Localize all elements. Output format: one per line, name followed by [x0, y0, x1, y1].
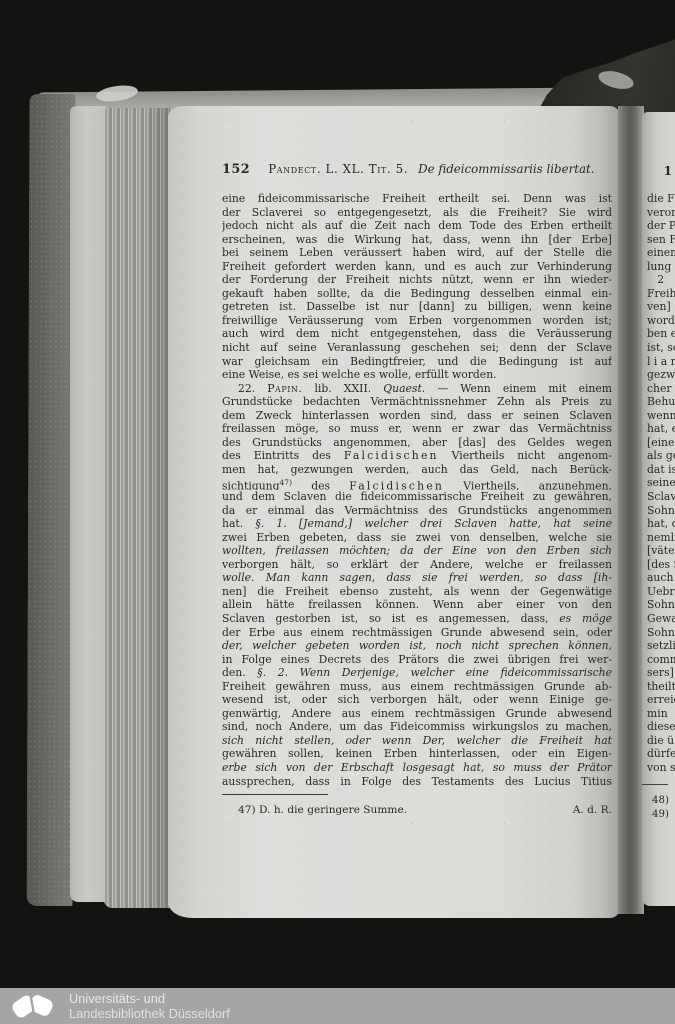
text-line: sichtigung47) des Falcidischen Viertheil…	[222, 476, 612, 490]
text-line-fragment: comm	[647, 653, 675, 667]
running-header: 152Pandect. L. XL. Tit. 5.De fideicommis…	[222, 162, 612, 178]
text-line-fragment: diese	[647, 720, 675, 734]
footnote-text: 47) D. h. die geringere Summe.	[222, 804, 407, 819]
text-line: Freiheit gefordert werden kann, und es a…	[222, 260, 612, 274]
text-line: wesend ist, oder sich verborgen hält, od…	[222, 693, 612, 707]
page-body-text: eine fideicommissarische Freiheit erthei…	[222, 192, 612, 788]
text-line: nicht auf seine Veranlassung geschehen s…	[222, 341, 612, 355]
text-line: wollten, freilassen möchten; da der Eine…	[222, 544, 612, 558]
text-line: nen] die Freiheit ebenso zusteht, als we…	[222, 585, 612, 599]
book-scan-viewer: 152Pandect. L. XL. Tit. 5.De fideicommis…	[0, 0, 675, 1024]
text-line: gekauft haben sollte, da die Bedingung d…	[222, 287, 612, 301]
text-line: erscheinen, was die Wirkung hat, dass, w…	[222, 233, 612, 247]
text-line-fragment: ist, so	[647, 341, 675, 355]
text-line-fragment: der Pr	[647, 219, 675, 233]
text-line-fragment: hat, e	[647, 422, 675, 436]
text-line-fragment: [des S	[647, 558, 675, 572]
text-line-fragment: setzlic	[647, 639, 675, 653]
text-line-fragment: Behuf	[647, 395, 675, 409]
text-line-fragment: nemlic	[647, 531, 675, 545]
text-line: bei seinem Leben veräussert haben wird, …	[222, 246, 612, 260]
text-line-fragment: l i a n i	[647, 355, 675, 369]
left-page: 152Pandect. L. XL. Tit. 5.De fideicommis…	[168, 106, 620, 918]
text-line: verborgen hält, so erklärt der Andere, w…	[222, 558, 612, 572]
text-line: sich nicht stellen, oder wenn Der, welch…	[222, 734, 612, 748]
text-line-fragment: min	[647, 707, 675, 721]
text-line: dem Zweck hinterlassen worden sind, dass…	[222, 409, 612, 423]
library-name-line2: Landesbibliothek Düsseldorf	[69, 1006, 230, 1021]
text-line-fragment: wenn	[647, 409, 675, 423]
text-line-fragment: ven]	[647, 300, 675, 314]
footnote-attribution: A. d. R.	[573, 804, 612, 819]
text-line: freilassen möge, so muss er, wenn er zwa…	[222, 422, 612, 436]
text-line-fragment: die ü	[647, 734, 675, 748]
text-line: hat. §. 1. [Jemand,] welcher drei Sclave…	[222, 517, 612, 531]
text-line-fragment: gezwu	[647, 368, 675, 382]
text-line-fragment: sen Fr	[647, 233, 675, 247]
text-line-fragment: die Fr	[647, 192, 675, 206]
text-line-fragment: lung z	[647, 260, 675, 274]
book-gutter	[618, 106, 644, 914]
text-line: da er einmal das Vermächtniss des Grunds…	[222, 504, 612, 518]
text-line-fragment: 2	[647, 273, 675, 287]
text-line: erbe sich von der Erbschaft losgesagt ha…	[222, 761, 612, 775]
text-line: sind, noch Andere, um das Fideicommiss w…	[222, 720, 612, 734]
text-line-fragment: ben e	[647, 327, 675, 341]
footnote-fragment: 48)	[642, 794, 669, 808]
text-line: der Erbe aus einem rechtmässigen Grunde …	[222, 626, 612, 640]
footnote: 47) D. h. die geringere Summe. A. d. R.	[222, 804, 612, 819]
text-line-fragment: [väter	[647, 544, 675, 558]
text-line: allein hätte freilassen können. Wenn abe…	[222, 598, 612, 612]
library-footer-bar: Universitäts- und Landesbibliothek Düsse…	[0, 988, 675, 1024]
text-line-fragment: verord	[647, 206, 675, 220]
text-line-fragment: Sohn	[647, 626, 675, 640]
text-line: men hat, gezwungen werden, auch das Geld…	[222, 463, 612, 477]
text-line-fragment: [eines	[647, 436, 675, 450]
text-line-fragment: Sohne	[647, 504, 675, 518]
text-line: Sclaven gestorben ist, so ist es angemes…	[222, 612, 612, 626]
text-line-fragment: hat, d	[647, 517, 675, 531]
library-logo-icon	[9, 990, 57, 1022]
text-line-fragment: Gewa	[647, 612, 675, 626]
text-line: in Folge eines Decrets des Prätors die z…	[222, 653, 612, 667]
text-line: und dem Sclaven die fideicommissarische …	[222, 490, 612, 504]
text-line-fragment: von s	[647, 761, 675, 775]
text-line-fragment: erreic	[647, 693, 675, 707]
text-line: eine fideicommissarische Freiheit erthei…	[222, 192, 612, 206]
right-footnote-fragments: 48)49)	[642, 794, 669, 822]
running-title: Pandect. L. XL. Tit. 5.	[268, 162, 408, 176]
text-line-fragment: auch	[647, 571, 675, 585]
text-line: den. §. 2. Wenn Derjenige, welcher eine …	[222, 666, 612, 680]
text-line-fragment: sers]	[647, 666, 675, 680]
text-line: aussprechen, dass in Folge des Testament…	[222, 775, 612, 789]
right-page-sliver: 1 die Frverordder Prsen Freinemlung z 2F…	[642, 112, 675, 906]
text-line-fragment: worde	[647, 314, 675, 328]
text-line: getreten ist. Dasselbe ist nur [dann] zu…	[222, 300, 612, 314]
text-line: des Grundstücks angenommen, aber [das] d…	[222, 436, 612, 450]
text-line-fragment: Uebrig	[647, 585, 675, 599]
text-line: war gleichsam ein Bedingtfreier, und die…	[222, 355, 612, 369]
right-page-fragments: die Frverordder Prsen Freinemlung z 2Fre…	[647, 192, 675, 775]
text-line: wolle. Man kann sagen, dass sie frei wer…	[222, 571, 612, 585]
footnote-rule	[222, 794, 328, 795]
text-line: gewähren sollen, keinen Erben hinterlass…	[222, 747, 612, 761]
text-line: Grundstücke bedachten Vermächtnissnehmer…	[222, 395, 612, 409]
text-line-fragment: dürfe.	[647, 747, 675, 761]
text-line: freiwillige Veräusserung vom Erben vorge…	[222, 314, 612, 328]
text-line: eine Weise, es sei welche es wolle, erfü…	[222, 368, 612, 382]
text-line-fragment: dat is	[647, 463, 675, 477]
text-line-fragment: Sohn	[647, 598, 675, 612]
endpaper-strip	[70, 106, 106, 902]
text-line-fragment: seines	[647, 476, 675, 490]
footnote-fragment: 49)	[642, 808, 669, 822]
text-line: des Eintritts des Falcidischen Viertheil…	[222, 449, 612, 463]
text-line-fragment: cher fi	[647, 382, 675, 396]
text-line-fragment: Sclave	[647, 490, 675, 504]
text-line: der Sclaverei so entgegengesetzt, als di…	[222, 206, 612, 220]
right-footnote-rule	[642, 784, 668, 785]
text-line-fragment: als ge	[647, 449, 675, 463]
book-cover-edge	[27, 94, 76, 906]
text-line: der, welcher gebeten worden ist, noch ni…	[222, 639, 612, 653]
page-number: 152	[222, 162, 250, 177]
text-line-fragment: einem	[647, 246, 675, 260]
text-line-fragment: theilt	[647, 680, 675, 694]
page-block-fore-edge	[104, 108, 170, 908]
library-name-line1: Universitäts- und	[69, 991, 230, 1006]
text-line-fragment: Freihe	[647, 287, 675, 301]
running-title-latin: De fideicommissariis libertat.	[418, 162, 594, 176]
library-name: Universitäts- und Landesbibliothek Düsse…	[69, 991, 230, 1021]
text-line: 22. Papin. lib. XXII. Quaest. — Wenn ein…	[222, 382, 612, 396]
text-line: der Forderung der Freiheit nichts nützt,…	[222, 273, 612, 287]
text-line: jedoch nicht als auf die Zeit nach dem T…	[222, 219, 612, 233]
text-line: Freiheit gewähren muss, aus einem rechtm…	[222, 680, 612, 694]
text-line: genwärtig, Andere aus einem rechtmässige…	[222, 707, 612, 721]
right-page-header-fragment: 1	[664, 164, 672, 178]
text-line: zwei Erben gebeten, dass sie zwei von de…	[222, 531, 612, 545]
text-line: auch wird dem nicht entgegenstehen, dass…	[222, 327, 612, 341]
